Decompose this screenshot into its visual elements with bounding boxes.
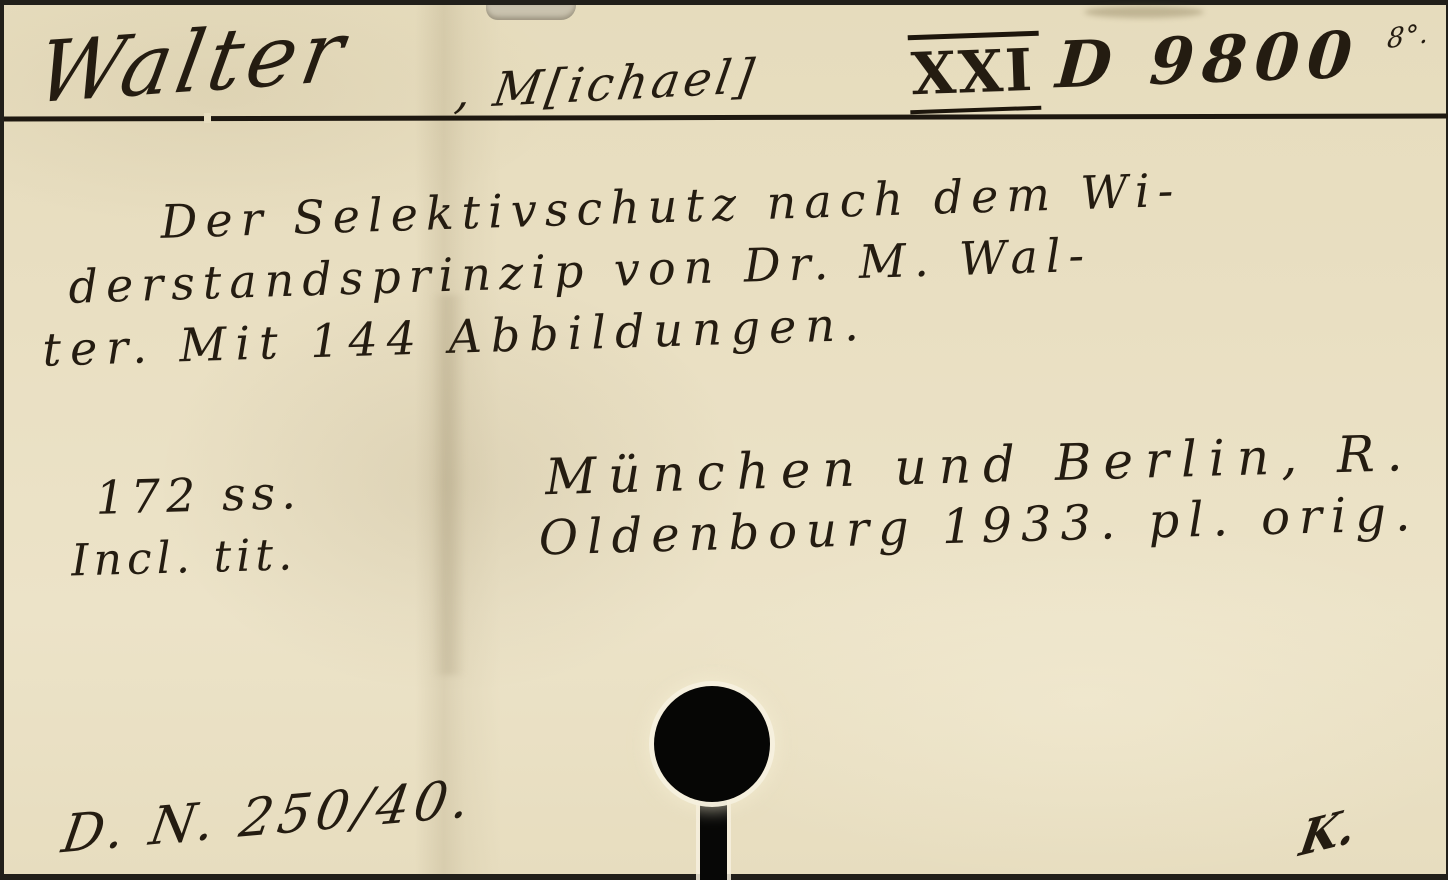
author-surname: Walter [30,1,356,122]
cataloger-monogram: K. [1296,796,1361,868]
call-number-shelfmark: D 9800 [1053,18,1362,104]
paper-stain [1084,6,1204,18]
call-number-class: XXI [908,31,1042,115]
heading-rule-gap [204,113,211,123]
format-mark: 8°. [1386,18,1430,55]
paper-crease [432,295,466,675]
collation-note: Incl. tit. [71,529,298,586]
heading-rule [4,113,1448,121]
punch-hole [654,686,770,802]
accession-number: D. N. 250/40. [58,768,479,865]
author-forename: , M[ichael] [452,49,762,120]
paper-tear-notch [486,5,576,20]
collation-extent: 172 ss. [95,465,303,525]
